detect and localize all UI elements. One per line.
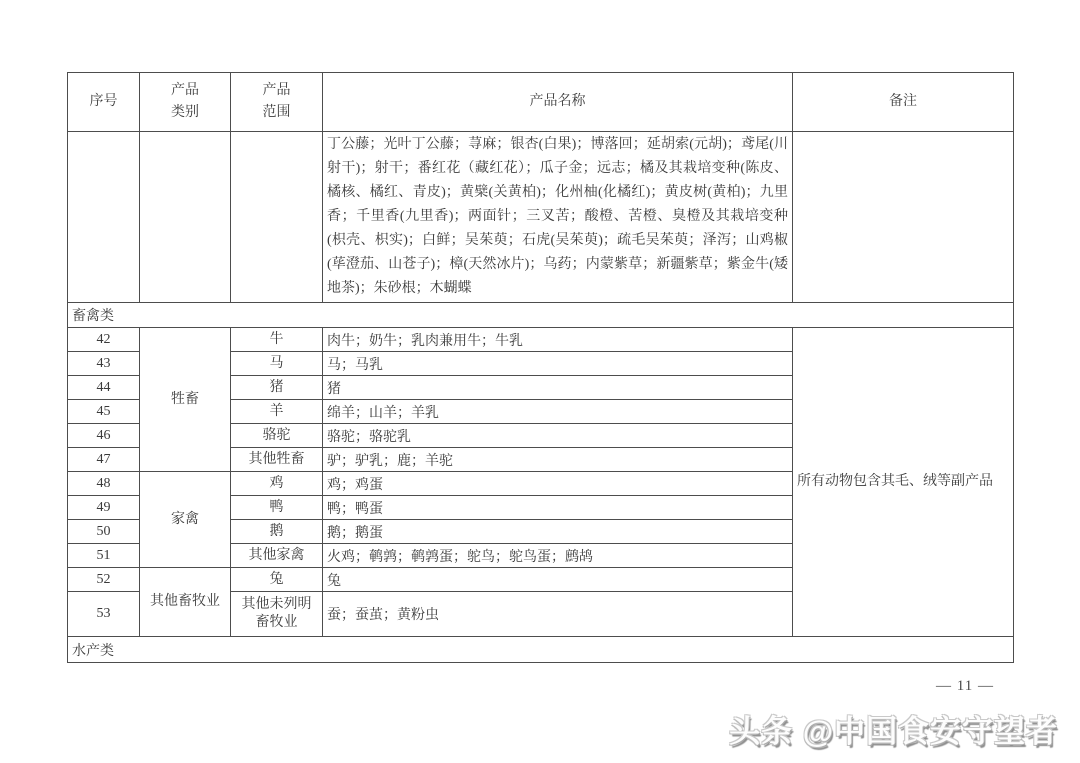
- scope-cell-empty: [231, 132, 323, 303]
- page-number: — 11 —: [905, 678, 1025, 695]
- table-row: 42 牲畜 牛 肉牛；奶牛；乳肉兼用牛；牛乳 所有动物包含其毛、绒等副产品: [68, 328, 1014, 352]
- scope-cell: 鸡: [231, 472, 323, 496]
- toutiao-watermark: 头条 @中国食安守望者: [729, 706, 1058, 751]
- seq-cell: 51: [68, 544, 140, 568]
- table-row-continuation: 丁公藤；光叶丁公藤；荨麻；银杏(白果)；博落回；延胡索(元胡)；鸢尾(川射干)；…: [68, 132, 1014, 303]
- names-cell: 鸭；鸭蛋: [323, 496, 793, 520]
- section-label: 水产类: [68, 637, 1014, 663]
- names-cell: 肉牛；奶牛；乳肉兼用牛；牛乳: [323, 328, 793, 352]
- document-page: 序号 产品 类别 产品 范围 产品名称 备注 丁公藤；光叶丁公藤；荨麻；银杏(白…: [0, 0, 1080, 763]
- table-header-row: 序号 产品 类别 产品 范围 产品名称 备注: [68, 73, 1014, 132]
- seq-cell: 43: [68, 352, 140, 376]
- scope-cell: 马: [231, 352, 323, 376]
- seq-cell-empty: [68, 132, 140, 303]
- names-cell: 蚕；蚕茧；黄粉虫: [323, 592, 793, 637]
- remark-cell-livestock: 所有动物包含其毛、绒等副产品: [793, 328, 1014, 637]
- remark-cell-empty: [793, 132, 1014, 303]
- names-cell: 鸡；鸡蛋: [323, 472, 793, 496]
- category-cell-other-husbandry: 其他畜牧业: [140, 568, 231, 637]
- section-row-aquatic: 水产类: [68, 637, 1014, 663]
- scope-cell: 兔: [231, 568, 323, 592]
- seq-cell: 49: [68, 496, 140, 520]
- col-header-scope: 产品 范围: [231, 73, 323, 132]
- names-cell: 骆驼；骆驼乳: [323, 424, 793, 448]
- seq-cell: 45: [68, 400, 140, 424]
- col-header-remark: 备注: [793, 73, 1014, 132]
- col-header-category: 产品 类别: [140, 73, 231, 132]
- names-cell: 绵羊；山羊；羊乳: [323, 400, 793, 424]
- scope-cell: 骆驼: [231, 424, 323, 448]
- col-header-seq: 序号: [68, 73, 140, 132]
- scope-cell: 其他家禽: [231, 544, 323, 568]
- names-cell-herbs: 丁公藤；光叶丁公藤；荨麻；银杏(白果)；博落回；延胡索(元胡)；鸢尾(川射干)；…: [323, 132, 793, 303]
- names-cell: 猪: [323, 376, 793, 400]
- category-cell-empty: [140, 132, 231, 303]
- seq-cell: 52: [68, 568, 140, 592]
- category-cell-livestock: 牲畜: [140, 328, 231, 472]
- seq-cell: 50: [68, 520, 140, 544]
- section-label: 畜禽类: [68, 303, 1014, 328]
- names-cell: 鹅；鹅蛋: [323, 520, 793, 544]
- category-cell-poultry: 家禽: [140, 472, 231, 568]
- product-catalog-table: 序号 产品 类别 产品 范围 产品名称 备注 丁公藤；光叶丁公藤；荨麻；银杏(白…: [67, 72, 1014, 663]
- col-header-product-name: 产品名称: [323, 73, 793, 132]
- seq-cell: 44: [68, 376, 140, 400]
- seq-cell: 48: [68, 472, 140, 496]
- seq-cell: 47: [68, 448, 140, 472]
- section-row-livestock-poultry: 畜禽类: [68, 303, 1014, 328]
- seq-cell: 46: [68, 424, 140, 448]
- scope-cell: 牛: [231, 328, 323, 352]
- seq-cell: 53: [68, 592, 140, 637]
- seq-cell: 42: [68, 328, 140, 352]
- scope-cell: 猪: [231, 376, 323, 400]
- names-cell: 马；马乳: [323, 352, 793, 376]
- scope-cell: 其他未列明畜牧业: [231, 592, 323, 637]
- scope-cell: 鹅: [231, 520, 323, 544]
- names-cell: 驴；驴乳；鹿；羊驼: [323, 448, 793, 472]
- names-cell: 兔: [323, 568, 793, 592]
- names-cell: 火鸡；鹌鹑；鹌鹑蛋；鸵鸟；鸵鸟蛋；鹧鸪: [323, 544, 793, 568]
- scope-cell: 羊: [231, 400, 323, 424]
- scope-cell: 其他牲畜: [231, 448, 323, 472]
- scope-cell: 鸭: [231, 496, 323, 520]
